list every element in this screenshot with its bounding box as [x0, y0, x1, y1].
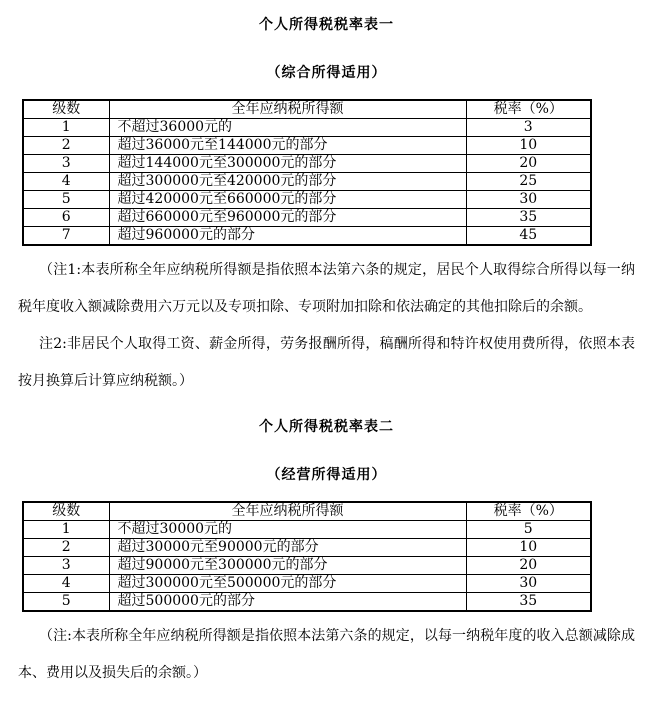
table-cell: 超过144000元至300000元的部分 [109, 155, 466, 173]
table-row: 1不超过30000元的5 [23, 521, 591, 539]
header-cell-grade: 级数 [23, 100, 109, 119]
table-cell: 不超过36000元的 [109, 119, 466, 137]
header-cell-rate: 税率（%） [466, 100, 591, 119]
table-row: 1不超过36000元的3 [23, 119, 591, 137]
table-cell: 20 [466, 155, 591, 173]
table-cell: 2 [23, 539, 109, 557]
table-cell: 35 [466, 593, 591, 612]
note1-paragraph: （注1:本表所称全年应纳税所得额是指依照本法第六条的规定，居民个人取得综合所得以… [18, 252, 635, 326]
header-cell-grade: 级数 [23, 502, 109, 521]
table-cell: 超过660000元至960000元的部分 [109, 209, 466, 227]
table-row: 3超过144000元至300000元的部分20 [23, 155, 591, 173]
table-cell: 3 [23, 155, 109, 173]
header-cell-rate: 税率（%） [466, 502, 591, 521]
table2-subtitle: （经营所得适用） [0, 436, 653, 484]
table-cell: 5 [23, 593, 109, 612]
table-cell: 1 [23, 119, 109, 137]
tax-rate-table-2: 级数 全年应纳税所得额 税率（%） 1不超过30000元的52超过30000元至… [22, 501, 592, 612]
table-cell: 25 [466, 173, 591, 191]
header-cell-income: 全年应纳税所得额 [109, 502, 466, 521]
table-row: 2超过36000元至144000元的部分10 [23, 137, 591, 155]
table-cell: 3 [466, 119, 591, 137]
table-header-row: 级数 全年应纳税所得额 税率（%） [23, 100, 591, 119]
table-header-row: 级数 全年应纳税所得额 税率（%） [23, 502, 591, 521]
table-row: 5超过500000元的部分35 [23, 593, 591, 612]
table-cell: 3 [23, 557, 109, 575]
table1-body: 1不超过36000元的32超过36000元至144000元的部分103超过144… [23, 119, 591, 246]
table-cell: 超过300000元至500000元的部分 [109, 575, 466, 593]
table-cell: 30 [466, 191, 591, 209]
note3-paragraph: （注:本表所称全年应纳税所得额是指依照本法第六条的规定，以每一纳税年度的收入总额… [18, 618, 635, 692]
table-cell: 1 [23, 521, 109, 539]
tax-rate-table-1: 级数 全年应纳税所得额 税率（%） 1不超过36000元的32超过36000元至… [22, 99, 592, 246]
table-cell: 4 [23, 173, 109, 191]
table-cell: 超过960000元的部分 [109, 227, 466, 246]
table-cell: 10 [466, 539, 591, 557]
table-cell: 超过90000元至300000元的部分 [109, 557, 466, 575]
document-page: 个人所得税税率表一 （综合所得适用） 级数 全年应纳税所得额 税率（%） 1不超… [0, 0, 653, 692]
table-cell: 2 [23, 137, 109, 155]
table-cell: 5 [466, 521, 591, 539]
note2-paragraph: 注2:非居民个人取得工资、薪金所得，劳务报酬所得，稿酬所得和特许权使用费所得，依… [18, 326, 635, 400]
table-cell: 超过30000元至90000元的部分 [109, 539, 466, 557]
table-row: 2超过30000元至90000元的部分10 [23, 539, 591, 557]
table-cell: 7 [23, 227, 109, 246]
table-cell: 45 [466, 227, 591, 246]
table-cell: 4 [23, 575, 109, 593]
table-row: 7超过960000元的部分45 [23, 227, 591, 246]
table-cell: 35 [466, 209, 591, 227]
table2-body: 1不超过30000元的52超过30000元至90000元的部分103超过9000… [23, 521, 591, 612]
header-cell-income: 全年应纳税所得额 [109, 100, 466, 119]
table-cell: 不超过30000元的 [109, 521, 466, 539]
table1-title: 个人所得税税率表一 [0, 0, 653, 34]
table-cell: 20 [466, 557, 591, 575]
table-row: 3超过90000元至300000元的部分20 [23, 557, 591, 575]
table-cell: 超过300000元至420000元的部分 [109, 173, 466, 191]
table-cell: 超过36000元至144000元的部分 [109, 137, 466, 155]
table-cell: 5 [23, 191, 109, 209]
table-row: 4超过300000元至500000元的部分30 [23, 575, 591, 593]
table1-subtitle: （综合所得适用） [0, 34, 653, 82]
table-cell: 6 [23, 209, 109, 227]
table-row: 6超过660000元至960000元的部分35 [23, 209, 591, 227]
table-row: 5超过420000元至660000元的部分30 [23, 191, 591, 209]
table-cell: 超过500000元的部分 [109, 593, 466, 612]
table-row: 4超过300000元至420000元的部分25 [23, 173, 591, 191]
table-cell: 超过420000元至660000元的部分 [109, 191, 466, 209]
table-cell: 30 [466, 575, 591, 593]
table2-title: 个人所得税税率表二 [0, 400, 653, 436]
table-cell: 10 [466, 137, 591, 155]
